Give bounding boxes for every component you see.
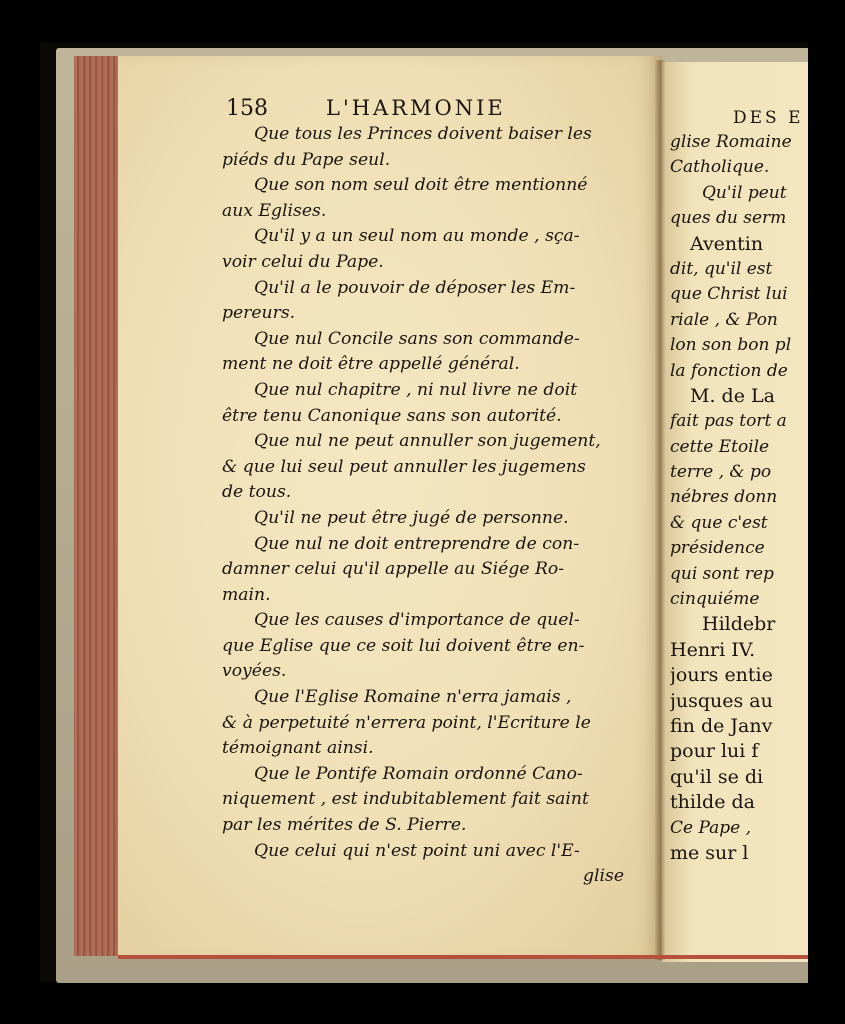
text-line: Que nul ne peut annuller son jugement,: [222, 429, 624, 455]
text-line: main.: [222, 583, 624, 609]
text-line: fin de Janv: [670, 714, 810, 739]
text-line: glise Romaine: [670, 130, 810, 155]
text-line: que Eglise que ce soit lui doivent être …: [222, 634, 624, 660]
text-line: Que tous les Princes doivent baiser les: [222, 122, 624, 148]
text-line: jusques au: [670, 689, 810, 714]
book-gutter: [655, 60, 665, 960]
text-line: de tous.: [222, 480, 624, 506]
text-line: présidence: [670, 536, 810, 561]
text-line: être tenu Canonique sans son autorité.: [222, 404, 624, 430]
text-line: pereurs.: [222, 301, 624, 327]
text-line: cinquiéme: [670, 587, 810, 612]
right-page-text: glise RomaineCatholique.Qu'il peutques d…: [670, 130, 810, 866]
text-line: pour lui f: [670, 739, 810, 764]
text-line: damner celui qu'il appelle au Siége Ro-: [222, 557, 624, 583]
text-line: qui sont rep: [670, 562, 810, 587]
text-line: me sur l: [670, 841, 810, 866]
text-line: ment ne doit être appellé général.: [222, 352, 624, 378]
text-line: piéds du Pape seul.: [222, 148, 624, 174]
catchword: glise: [222, 864, 624, 890]
text-line: Que celui qui n'est point uni avec l'E-: [222, 839, 624, 865]
text-line: Que nul ne doit entreprendre de con-: [222, 532, 624, 558]
text-line: riale , & Pon: [670, 308, 810, 333]
book-photo-scene: 158 L'HARMONIE Que tous les Princes doiv…: [0, 0, 845, 1024]
text-line: & que lui seul peut annuller les jugemen…: [222, 455, 624, 481]
text-line: qu'il se di: [670, 765, 810, 790]
text-line: ques du serm: [670, 206, 810, 231]
right-page-running-title: DES E: [733, 108, 804, 128]
text-line: & à perpetuité n'errera point, l'Ecritur…: [222, 711, 624, 737]
page-edge-bottom: [118, 955, 818, 959]
text-line: Que le Pontife Romain ordonné Cano-: [222, 762, 624, 788]
text-line: Que les causes d'importance de quel-: [222, 608, 624, 634]
text-line: thilde da: [670, 790, 810, 815]
running-title: L'HARMONIE: [326, 96, 506, 120]
text-line: dit, qu'il est: [670, 257, 810, 282]
text-line: Henri IV.: [670, 638, 810, 663]
text-line: Ce Pape ,: [670, 816, 810, 841]
right-crop-edge: [808, 0, 845, 1024]
text-line: Qu'il ne peut être jugé de personne.: [222, 506, 624, 532]
text-line: M. de La: [670, 384, 810, 409]
text-line: & que c'est: [670, 511, 810, 536]
text-line: Catholique.: [670, 155, 810, 180]
text-line: Que l'Eglise Romaine n'erra jamais ,: [222, 685, 624, 711]
text-line: cette Etoile: [670, 435, 810, 460]
text-line: voyées.: [222, 659, 624, 685]
text-line: la fonction de: [670, 359, 810, 384]
text-line: Hildebr: [670, 612, 810, 637]
text-line: que Christ lui: [670, 282, 810, 307]
text-line: Que nul Concile sans son commande-: [222, 327, 624, 353]
text-line: terre , & po: [670, 460, 810, 485]
page-number: 158: [226, 96, 268, 121]
text-line: témoignant ainsi.: [222, 736, 624, 762]
text-line: fait pas tort a: [670, 409, 810, 434]
text-line: Qu'il peut: [670, 181, 810, 206]
left-page-text: Que tous les Princes doivent baiser lesp…: [222, 122, 624, 890]
text-line: jours entie: [670, 663, 810, 688]
text-line: Qu'il y a un seul nom au monde , sça-: [222, 224, 624, 250]
text-line: voir celui du Pape.: [222, 250, 624, 276]
page-edges: [74, 56, 124, 956]
text-line: aux Eglises.: [222, 199, 624, 225]
text-line: nébres donn: [670, 485, 810, 510]
text-line: par les mérites de S. Pierre.: [222, 813, 624, 839]
text-line: Aventin: [670, 232, 810, 257]
text-line: Qu'il a le pouvoir de déposer les Em-: [222, 276, 624, 302]
text-line: Que nul chapitre , ni nul livre ne doit: [222, 378, 624, 404]
text-line: niquement , est indubitablement fait sai…: [222, 787, 624, 813]
text-line: Que son nom seul doit être mentionné: [222, 173, 624, 199]
text-line: lon son bon pl: [670, 333, 810, 358]
